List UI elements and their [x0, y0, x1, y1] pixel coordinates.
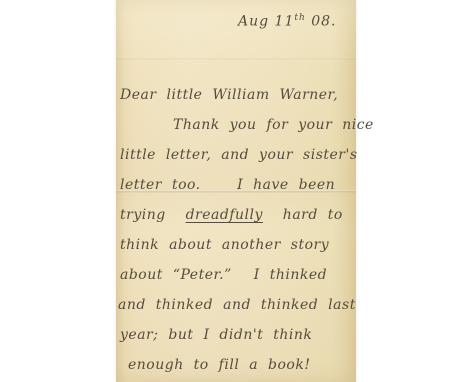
letter-line: little letter, and your sister's [120, 140, 352, 170]
letter-date: Aug 11th 08. [238, 13, 337, 30]
letter-line: trying dreadfully hard to [120, 200, 352, 230]
letter-paper: Aug 11th 08. Dear little William Warner,… [116, 0, 356, 382]
letter-date-ordinal: th [294, 13, 305, 23]
letter-date-day: Aug 11 [238, 14, 294, 30]
letter-line: year; but I didn't think [120, 320, 352, 350]
letter-line: letter too. I have been [120, 170, 352, 200]
letter-line-closing: enough to fill a book! [128, 350, 352, 380]
letter-line-segment: hard to [263, 207, 343, 223]
letter-line: Thank you for your nice [173, 110, 352, 140]
letter-line: about “Peter.” I thinked [120, 260, 352, 290]
fold-crease-upper [116, 57, 356, 60]
letter-line: think about another story [120, 230, 352, 260]
letter-line-salutation: Dear little William Warner, [120, 80, 352, 110]
scanned-letter-photo: Aug 11th 08. Dear little William Warner,… [0, 0, 468, 382]
letter-date-year: 08. [306, 14, 337, 30]
letter-body: Dear little William Warner, Thank you fo… [120, 80, 352, 380]
letter-line-segment: trying [120, 207, 186, 223]
letter-line: and thinked and thinked last [118, 290, 352, 320]
underlined-word-dreadfully: dreadfully [186, 207, 263, 223]
